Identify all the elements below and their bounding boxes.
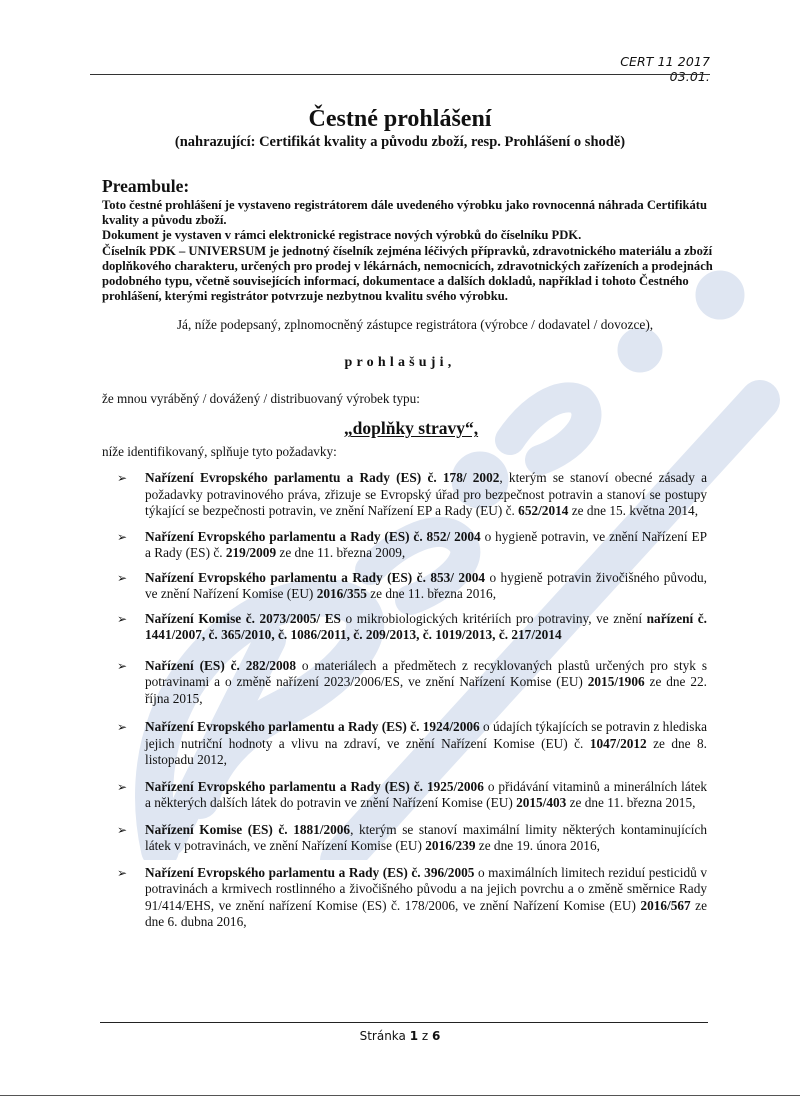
amendment-reference: 2016/355 <box>317 586 367 601</box>
preamble-paragraph: Dokument je vystaven v rámci elektronick… <box>102 228 722 243</box>
regulation-reference: Nařízení Evropského parlamentu a Rady (E… <box>145 719 480 734</box>
requirement-item: ➢Nařízení Komise č. 2073/2005/ ES o mikr… <box>117 611 707 644</box>
requirement-item: ➢Nařízení Evropského parlamentu a Rady (… <box>117 470 707 520</box>
preamble-paragraph: Číselník PDK – UNIVERSUM je jednotný čís… <box>102 244 722 305</box>
regulation-reference: Nařízení Evropského parlamentu a Rady (E… <box>145 779 484 794</box>
amendment-reference: 219/2009 <box>226 545 276 560</box>
requirement-item: ➢Nařízení Evropského parlamentu a Rady (… <box>117 865 707 931</box>
requirement-item: ➢Nařízení Evropského parlamentu a Rady (… <box>117 529 707 562</box>
preamble-body: Toto čestné prohlášení je vystaveno regi… <box>102 198 722 304</box>
preamble-heading: Preambule: <box>102 176 189 197</box>
amendment-reference: 2016/567 <box>640 898 690 913</box>
arrow-bullet-icon: ➢ <box>117 779 127 796</box>
product-type: „doplňky stravy“, <box>0 418 800 439</box>
regulation-reference: Nařízení Evropského parlamentu a Rady (E… <box>145 470 499 485</box>
product-type-label: „doplňky stravy“, <box>344 418 478 438</box>
amendment-reference: 2015/1906 <box>588 674 645 689</box>
amendment-reference: 2016/239 <box>425 838 475 853</box>
scan-edge-line <box>0 1095 800 1096</box>
arrow-bullet-icon: ➢ <box>117 865 127 882</box>
regulation-reference: Nařízení (ES) č. 282/2008 <box>145 658 296 673</box>
product-intro: že mnou vyráběný / dovážený / distribuov… <box>102 391 420 407</box>
page-separator: z <box>422 1029 428 1043</box>
arrow-bullet-icon: ➢ <box>117 822 127 839</box>
header-divider <box>90 74 710 75</box>
document-reference-code: CERT 11 2017 03.01. <box>585 54 710 84</box>
regulation-reference: Nařízení Evropského parlamentu a Rady (E… <box>145 570 485 585</box>
arrow-bullet-icon: ➢ <box>117 719 127 736</box>
arrow-bullet-icon: ➢ <box>117 570 127 587</box>
requirement-item: ➢Nařízení (ES) č. 282/2008 o materiálech… <box>117 658 707 708</box>
requirement-item: ➢Nařízení Evropského parlamentu a Rady (… <box>117 719 707 769</box>
declarant-statement: Já, níže podepsaný, zplnomocněný zástupc… <box>0 317 800 333</box>
page-number: Stránka 1 z 6 <box>0 1029 800 1043</box>
requirements-intro: níže identifikovaný, splňuje tyto požada… <box>102 444 337 460</box>
requirements-list: ➢Nařízení Evropského parlamentu a Rady (… <box>117 470 707 931</box>
amendment-reference: 2015/403 <box>516 795 566 810</box>
amendment-date: ze dne 11. března 2009, <box>276 545 405 560</box>
document-title: Čestné prohlášení <box>0 106 800 133</box>
footer-divider <box>100 1022 708 1023</box>
regulation-reference: Nařízení Evropského parlamentu a Rady (E… <box>145 865 474 880</box>
document-subtitle: (nahrazující: Certifikát kvality a původ… <box>0 134 800 151</box>
page-total: 6 <box>432 1029 440 1043</box>
preamble-paragraph: Toto čestné prohlášení je vystaveno regi… <box>102 198 722 228</box>
regulation-reference: Nařízení Komise č. 2073/2005/ ES <box>145 611 341 626</box>
amendment-date: ze dne 19. února 2016, <box>475 838 599 853</box>
amendment-date: ze dne 15. května 2014, <box>568 503 698 518</box>
regulation-reference: Nařízení Komise (ES) č. 1881/2006 <box>145 822 350 837</box>
requirement-item: ➢Nařízení Evropského parlamentu a Rady (… <box>117 779 707 812</box>
arrow-bullet-icon: ➢ <box>117 611 127 628</box>
declaration-verb: prohlašuji, <box>0 355 800 371</box>
arrow-bullet-icon: ➢ <box>117 470 127 487</box>
page-current: 1 <box>410 1029 418 1043</box>
amendment-date: ze dne 11. března 2015, <box>566 795 695 810</box>
arrow-bullet-icon: ➢ <box>117 529 127 546</box>
amendment-reference: 1047/2012 <box>590 736 647 751</box>
amendment-date: ze dne 11. března 2016, <box>367 586 496 601</box>
page-label: Stránka <box>360 1029 406 1043</box>
amendment-reference: 652/2014 <box>518 503 568 518</box>
regulation-description: o mikrobiologických kritériích pro potra… <box>341 611 647 626</box>
requirement-item: ➢Nařízení Evropského parlamentu a Rady (… <box>117 570 707 603</box>
arrow-bullet-icon: ➢ <box>117 658 127 675</box>
requirement-item: ➢Nařízení Komise (ES) č. 1881/2006, kter… <box>117 822 707 855</box>
regulation-reference: Nařízení Evropského parlamentu a Rady (E… <box>145 529 481 544</box>
